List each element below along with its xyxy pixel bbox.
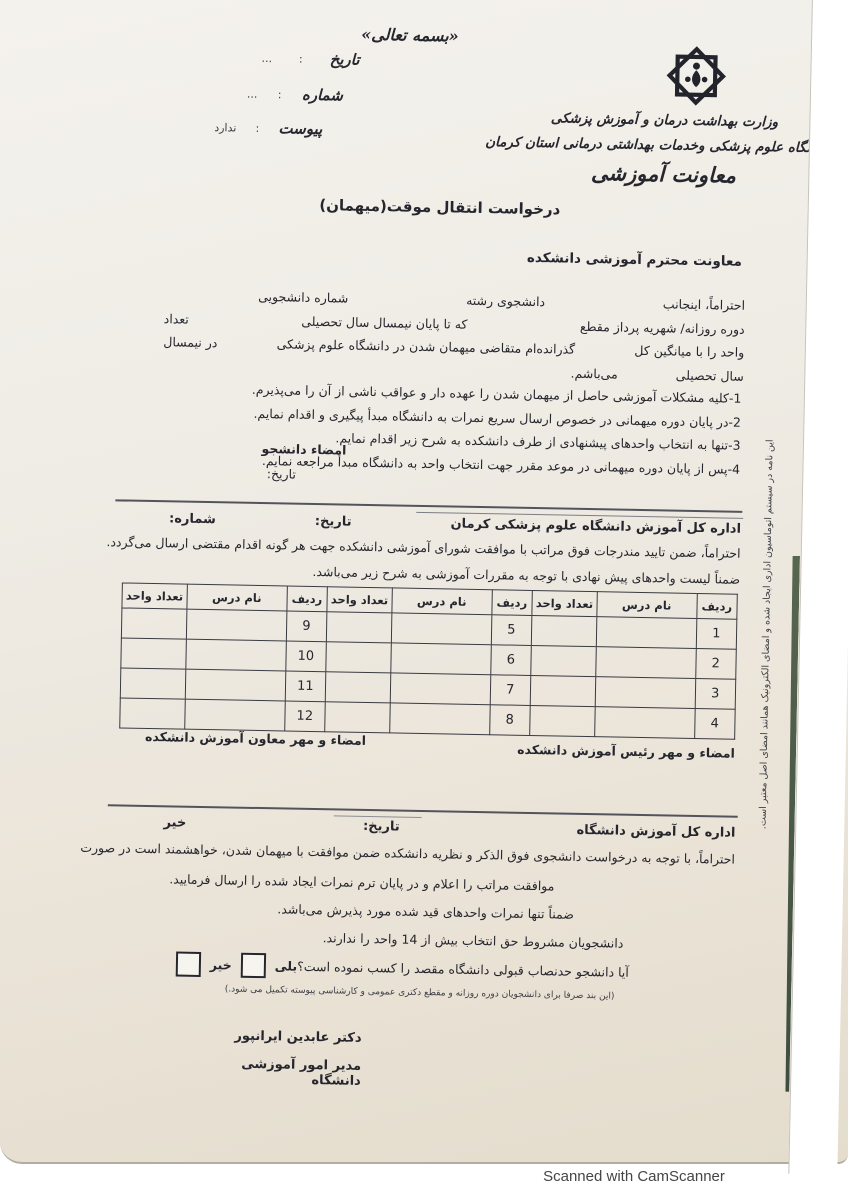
student-signature-date-label: تاریخ: (246, 466, 296, 482)
empty-cell (596, 617, 696, 649)
column-header: ردیف (491, 590, 532, 616)
faculty-deputy-signature-label: امضاء و مهر معاون آموزش دانشکده (145, 729, 366, 748)
attachment-field: پیوست : ندارد (214, 118, 322, 138)
number-field: شماره : ... (247, 85, 343, 105)
signatory-name: دکتر عابدین ایرانپور (213, 1028, 361, 1046)
column-header: نام درس (392, 588, 492, 615)
signatory-block: دکتر عابدین ایرانپور مدیر امور آموزشی دا… (213, 1028, 362, 1089)
empty-cell (326, 642, 391, 673)
university-name: دانشگاه علوم پزشکی وخدمات بهداشتی درمانی… (496, 134, 832, 156)
section1-heading: معاونت محترم آموزشی دانشکده (527, 250, 742, 270)
empty-cell (120, 698, 185, 729)
section3-heading: اداره کل آموزش دانشگاه (576, 823, 735, 841)
empty-cell (594, 707, 694, 739)
question-footnote: (این بند صرفا برای دانشجویان دوره روزانه… (225, 984, 615, 1001)
row-number-cell: 10 (285, 641, 326, 672)
section2-date-label: تاریخ: (315, 514, 352, 530)
automation-side-note: این نامه در سیستم اتوماسیون اداری ایجاد … (752, 384, 781, 884)
section3-header: اداره کل آموزش دانشگاه تاریخ: خیر (163, 815, 735, 840)
student-signature-label: امضاء دانشجو (246, 441, 346, 458)
empty-cell (325, 672, 390, 703)
form-line: دوره روزانه/ شهریه پرداز مقطع که تا پایا… (140, 310, 745, 336)
empty-cell (121, 608, 186, 639)
row-number-cell: 5 (491, 615, 532, 646)
empty-cell (184, 699, 284, 731)
section3-line: دانشجویان مشروط حق انتخاب بیش از 14 واحد… (323, 930, 624, 951)
row-number-cell: 12 (284, 701, 325, 732)
form-fragment: که تا پایان نیمسال سال تحصیلی (301, 313, 467, 331)
form-fragment: واحد را با میانگین کل (634, 343, 744, 360)
empty-cell (391, 643, 491, 675)
empty-cell (186, 609, 286, 641)
form-fragment: می‌باشم. (570, 365, 617, 381)
row-number-cell: 7 (490, 675, 531, 706)
letterhead: وزارت بهداشت درمان و آموزش پزشکی دانشگاه… (495, 109, 832, 189)
ministry-name: وزارت بهداشت درمان و آموزش پزشکی (496, 109, 832, 131)
form-fragment: گذرانده‌ام متقاضی میهمان شدن در دانشگاه … (277, 336, 576, 356)
course-table: ردیفنام درستعداد واحدردیفنام درستعداد وا… (119, 582, 738, 739)
document-title: درخواست انتقال موقت(میهمان) (16, 190, 848, 224)
form-fragment: دانشجوی رشته (466, 293, 545, 309)
yes-label: بلی (275, 958, 298, 973)
row-number-cell: 3 (695, 678, 736, 709)
attachment-value: ندارد (214, 121, 236, 134)
form-line: احتراماً، اینجانب دانشجوی رشته شماره دان… (140, 287, 745, 313)
empty-cell (326, 612, 391, 643)
ministry-emblem-icon (661, 40, 732, 111)
form-fragment: دوره روزانه/ شهریه پرداز مقطع (580, 318, 745, 336)
form-line: واحد را با میانگین کل گذرانده‌ام متقاضی … (139, 334, 744, 360)
attachment-label: پیوست (278, 119, 322, 138)
empty-cell (389, 703, 489, 735)
date-value: ... (261, 51, 272, 64)
date-field: تاریخ : ... (261, 49, 359, 69)
empty-cell (595, 677, 695, 709)
form-fragment: در نیمسال (163, 334, 217, 350)
section3-date-label: تاریخ: (363, 819, 400, 835)
no-label: خیر (210, 957, 232, 972)
empty-cell (531, 645, 596, 676)
empty-cell (530, 705, 595, 736)
separator: : (255, 121, 259, 134)
empty-cell (530, 675, 595, 706)
section2-paragraph: احتراماً، ضمن تایید مندرجات فوق مراتب با… (106, 534, 740, 561)
row-number-cell: 4 (694, 708, 735, 739)
empty-cell (185, 669, 285, 701)
pass-threshold-question: آیا دانشجو حدنصاب قبولی دانشگاه مقصد را … (167, 951, 629, 984)
empty-cell (391, 613, 491, 645)
section-divider (115, 499, 742, 512)
section3-line: ضمناً تنها نمرات واحدهای قید شده مورد پذ… (277, 901, 574, 921)
faculty-head-signature-label: امضاء و مهر رئیس آموزش دانشکده (517, 742, 735, 761)
section3-line: موافقت مراتب را اعلام و در پایان ترم نمر… (169, 871, 554, 893)
form-fragment: احتراماً، اینجانب (663, 296, 745, 313)
no-checkbox (176, 952, 201, 977)
deputy-name: معاونت آموزشی (495, 158, 831, 189)
commitment-list: 1-کلیه مشکلات آموزشی حاصل از میهمان شدن … (132, 376, 742, 481)
section3-line: احتراماً، با توجه به درخواست دانشجوی فوق… (80, 840, 735, 867)
form-fragment: سال تحصیلی (676, 367, 744, 383)
empty-cell (531, 615, 596, 646)
empty-cell (325, 702, 390, 733)
empty-cell (186, 639, 286, 671)
section2-heading: اداره کل آموزش دانشگاه علوم پزشکی کرمان (450, 516, 741, 536)
form-fragment: تعداد (164, 311, 189, 326)
applicant-paragraph: احتراماً، اینجانب دانشجوی رشته شماره دان… (139, 287, 746, 392)
number-label: شماره (302, 86, 343, 105)
column-header: نام درس (597, 592, 697, 619)
section3-number-label: خیر (163, 815, 186, 830)
row-number-cell: 1 (696, 618, 737, 649)
form-fragment: شماره دانشجویی (258, 289, 348, 306)
scanned-document-view: «بسمه تعالی» وزارت بهداشت درم (0, 0, 848, 1200)
form-content: «بسمه تعالی» وزارت بهداشت درم (0, 0, 848, 1170)
section2-number-label: شماره: (169, 511, 216, 527)
yes-checkbox (241, 953, 266, 978)
row-number-cell: 8 (489, 705, 530, 736)
section-divider (334, 815, 422, 818)
row-number-cell: 6 (490, 645, 531, 676)
row-number-cell: 11 (285, 671, 326, 702)
empty-cell (595, 647, 695, 679)
row-number-cell: 9 (286, 611, 327, 642)
column-header: ردیف (696, 594, 737, 620)
signatory-role: مدیر امور آموزشی دانشگاه (213, 1056, 362, 1089)
separator: : (299, 52, 303, 65)
paper-sheet: «بسمه تعالی» وزارت بهداشت درم (0, 0, 848, 1164)
section2-paragraph: ضمناً لیست واحدهای پیش نهادی با توجه به … (312, 564, 740, 587)
empty-cell (390, 673, 490, 705)
empty-cell (120, 668, 185, 699)
separator: : (278, 88, 282, 101)
section2-header: اداره کل آموزش دانشگاه علوم پزشکی کرمان … (169, 511, 741, 536)
row-number-cell: 2 (695, 648, 736, 679)
column-header: تعداد واحد (532, 590, 597, 616)
empty-cell (121, 638, 186, 669)
camscanner-watermark: Scanned with CamScanner (210, 1168, 848, 1185)
student-signature-block: امضاء دانشجو تاریخ: (246, 441, 347, 483)
column-header: تعداد واحد (122, 583, 187, 609)
date-label: تاریخ (330, 50, 360, 69)
column-header: ردیف (286, 586, 327, 612)
column-header: تعداد واحد (327, 587, 392, 613)
number-value: ... (247, 87, 258, 100)
column-header: نام درس (187, 584, 287, 611)
question-text: آیا دانشجو حدنصاب قبولی دانشگاه مقصد را … (297, 959, 629, 980)
